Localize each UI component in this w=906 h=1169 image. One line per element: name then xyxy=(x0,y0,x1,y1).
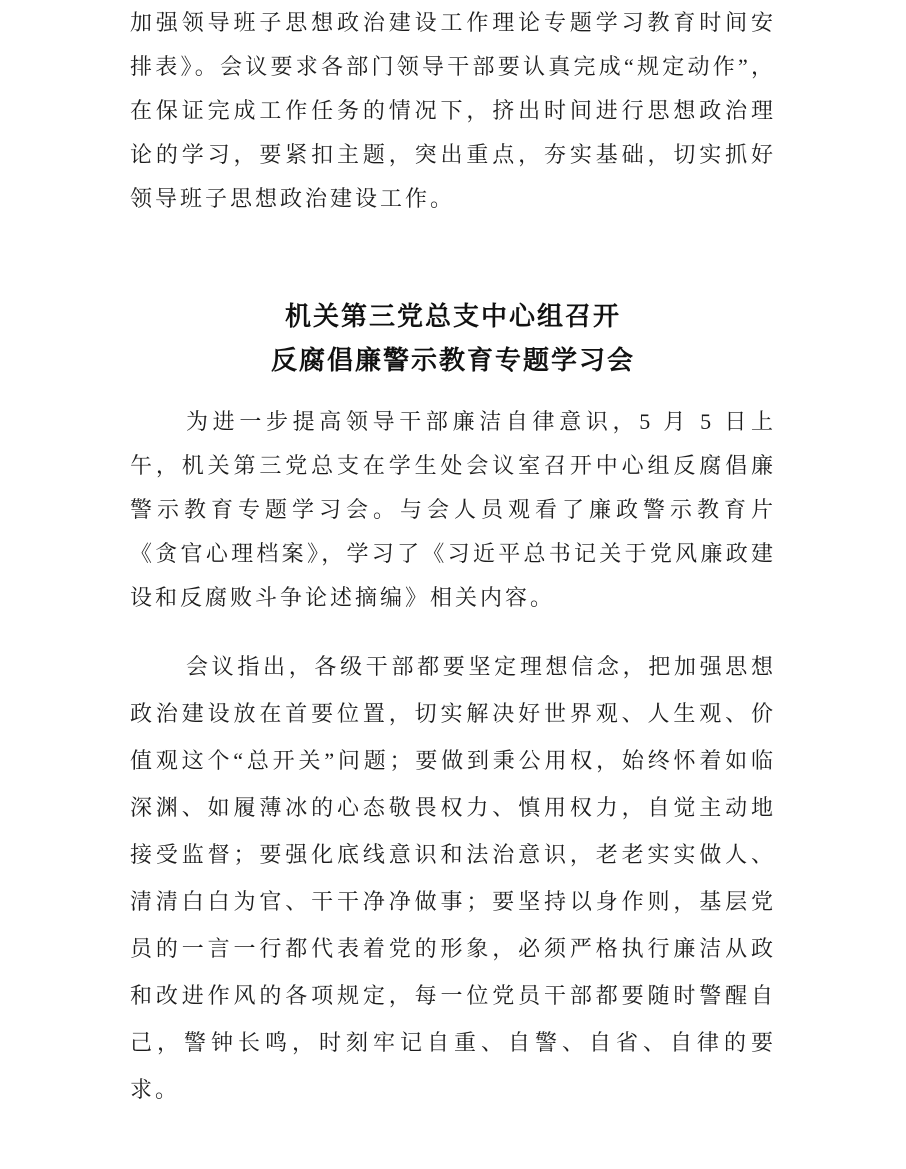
article-title-line2: 反腐倡廉警示教育专题学习会 xyxy=(130,338,776,382)
paragraph-continuation: 加强领导班子思想政治建设工作理论专题学习教育时间安排表》。会议要求各部门领导干部… xyxy=(130,1,776,221)
paragraph-meeting: 为进一步提高领导干部廉洁自律意识，5 月 5 日上午，机关第三党总支在学生处会议… xyxy=(130,400,776,620)
document-page: 加强领导班子思想政治建设工作理论专题学习教育时间安排表》。会议要求各部门领导干部… xyxy=(0,0,906,1169)
paragraph-requirements: 会议指出，各级干部都要坚定理想信念，把加强思想政治建设放在首要位置，切实解决好世… xyxy=(130,643,776,1113)
article-title: 机关第三党总支中心组召开 反腐倡廉警示教育专题学习会 xyxy=(130,294,776,382)
article-title-line1: 机关第三党总支中心组召开 xyxy=(130,294,776,338)
